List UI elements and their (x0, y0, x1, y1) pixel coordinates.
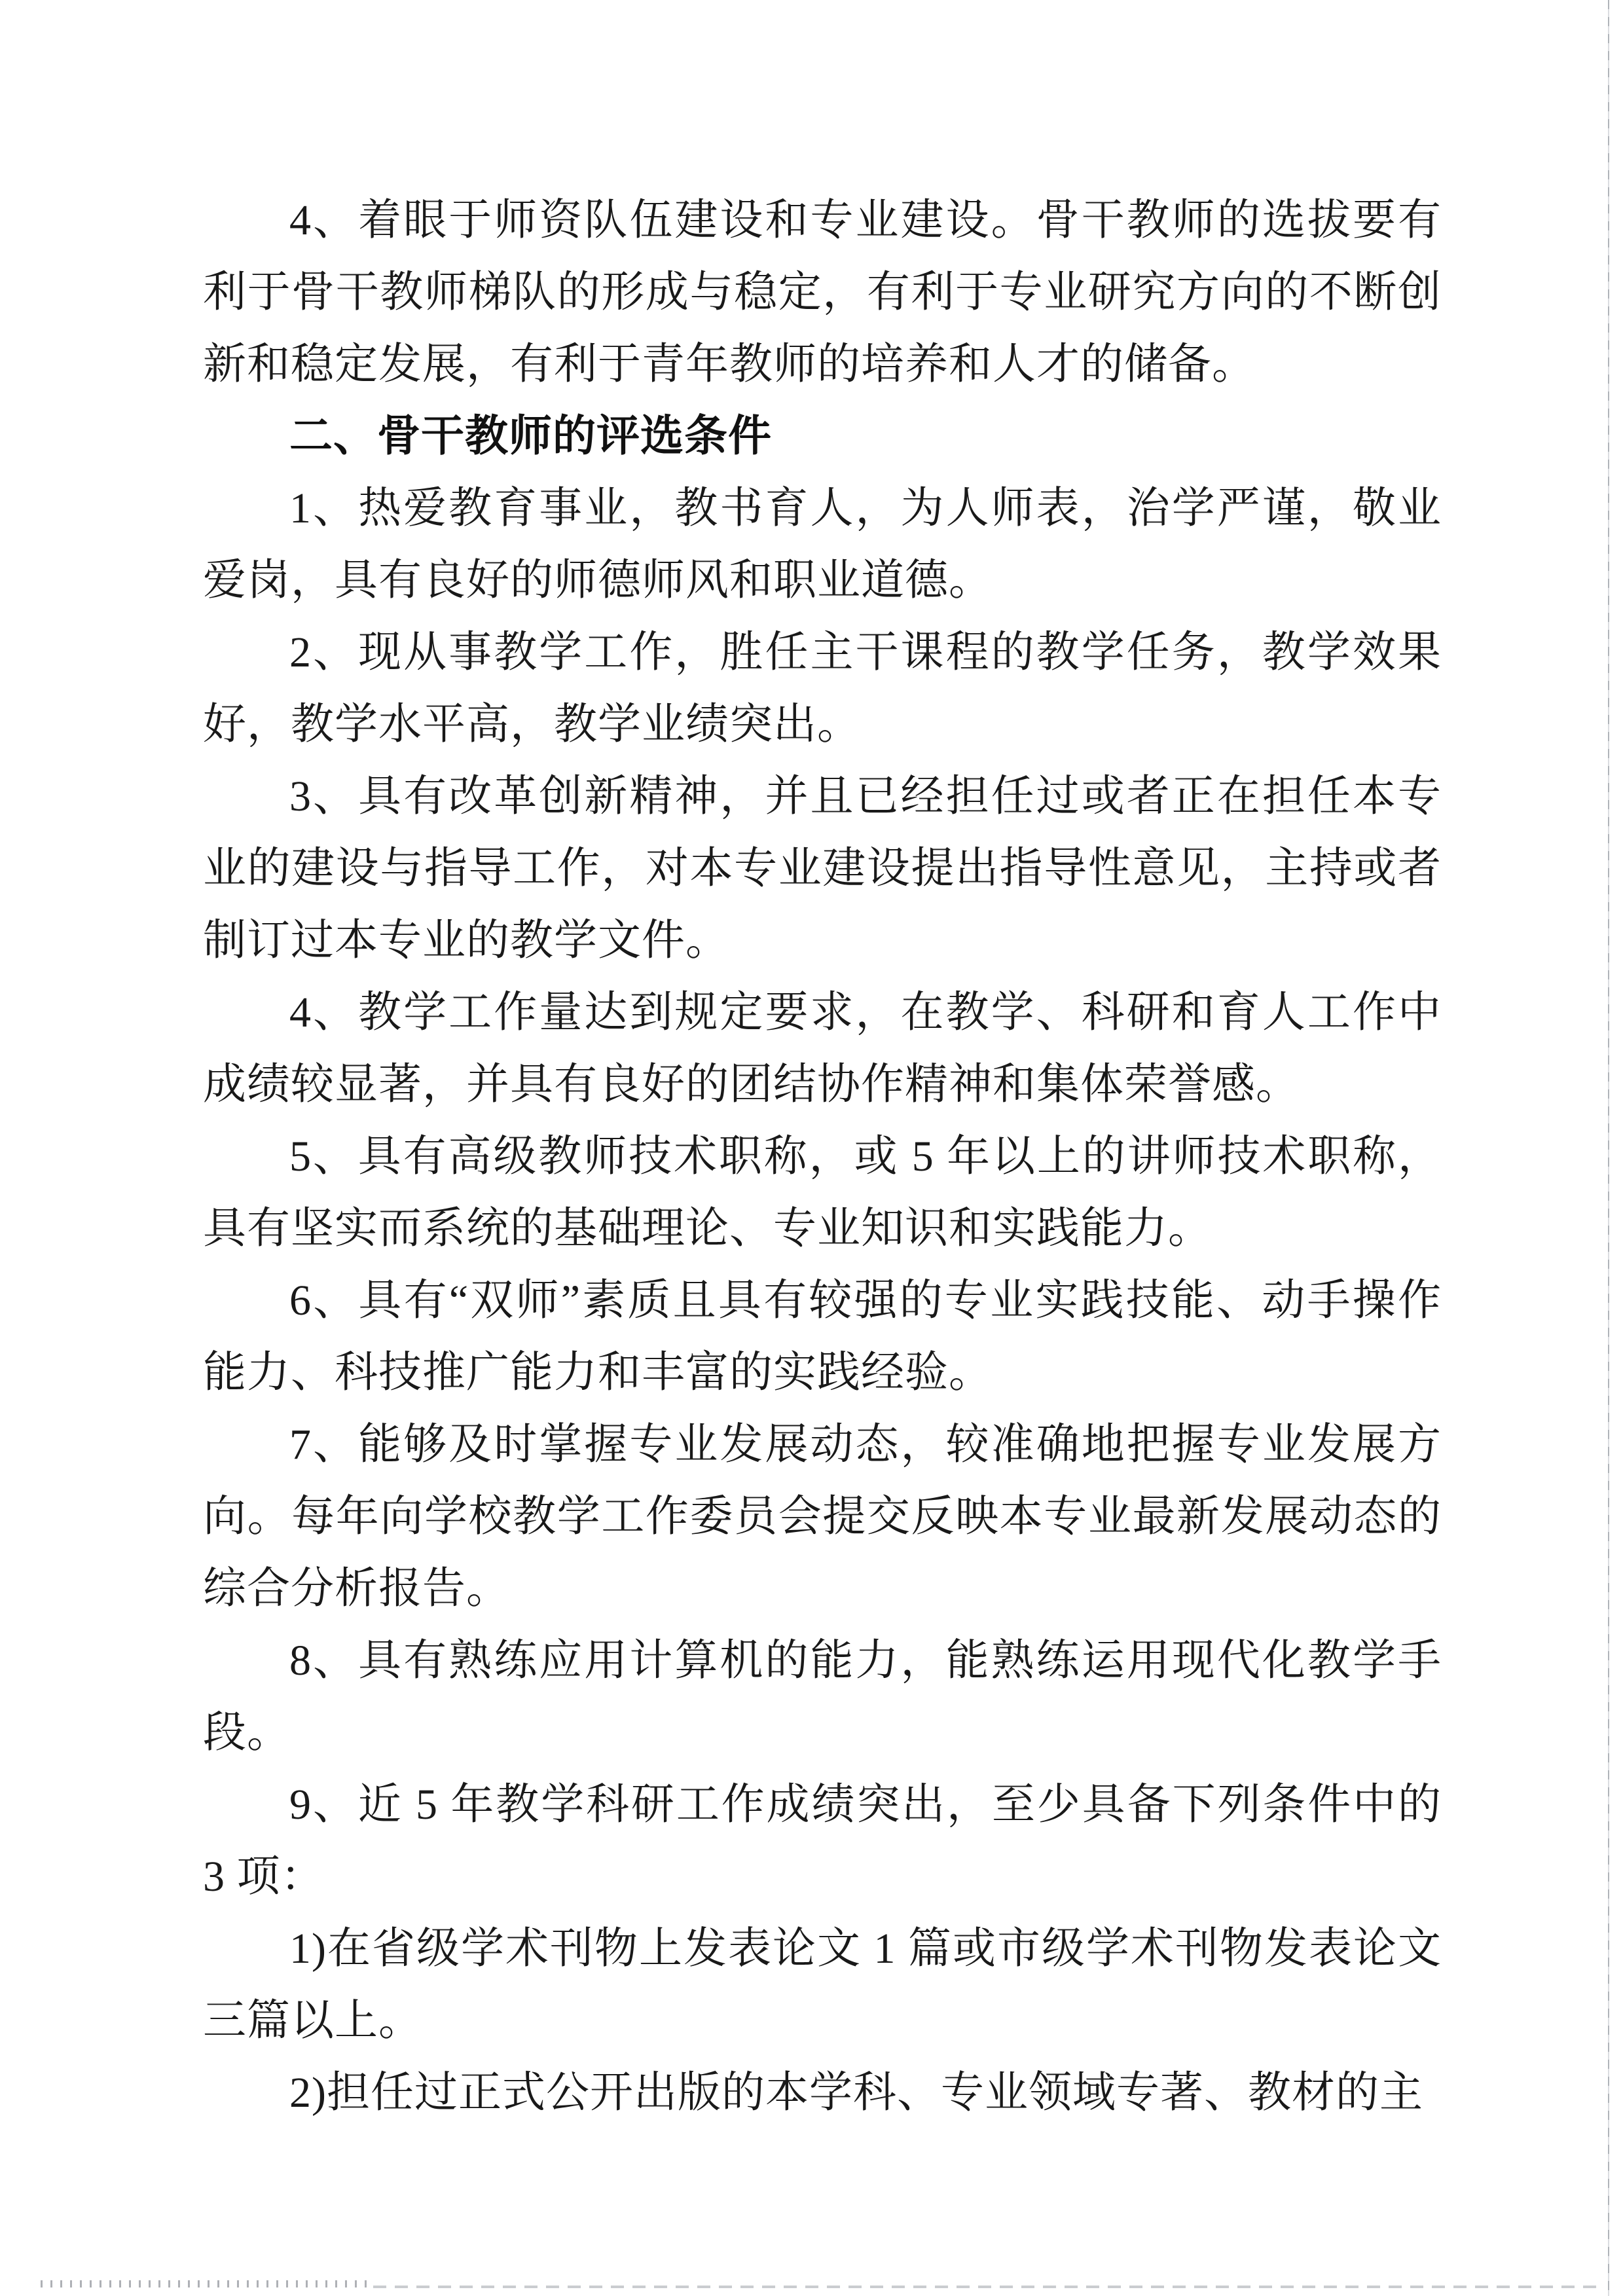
paragraph-criterion-2: 2、现从事教学工作，胜任主干课程的教学任务，教学效果好，教学水平高，教学业绩突出… (203, 617, 1442, 761)
paragraph-criterion-1: 1、热爱教育事业，教书育人，为人师表，治学严谨，敬业爱岗，具有良好的师德师风和职… (203, 473, 1442, 617)
paragraph-criterion-4: 4、教学工作量达到规定要求，在教学、科研和育人工作中成绩较显著，并具有良好的团结… (203, 977, 1442, 1121)
scan-smudge-line-artifact (373, 2286, 1601, 2288)
paragraph-criterion-8: 8、具有熟练应用计算机的能力，能熟练运用现代化教学手段。 (203, 1625, 1442, 1769)
document-body: 4、着眼于师资队伍建设和专业建设。骨干教师的选拔要有利于骨干教师梯队的形成与稳定… (203, 185, 1442, 2129)
scanned-document-page: 4、着眼于师资队伍建设和专业建设。骨干教师的选拔要有利于骨干教师梯队的形成与稳定… (0, 0, 1623, 2296)
scan-smudge-ticks-artifact (41, 2280, 371, 2287)
paragraph-criterion-7: 7、能够及时掌握专业发展动态，较准确地把握专业发展方向。每年向学校教学工作委员会… (203, 1409, 1442, 1625)
paragraph-criterion-6: 6、具有“双师”素质且具有较强的专业实践技能、动手操作能力、科技推广能力和丰富的… (203, 1265, 1442, 1409)
paragraph-criterion-5: 5、具有高级教师技术职称，或 5 年以上的讲师技术职称，具有坚实而系统的基础理论… (203, 1121, 1442, 1265)
scan-edge-artifact (1608, 0, 1609, 2296)
paragraph-item-4-objectives: 4、着眼于师资队伍建设和专业建设。骨干教师的选拔要有利于骨干教师梯队的形成与稳定… (203, 185, 1442, 401)
paragraph-criterion-3: 3、具有改革创新精神，并且已经担任过或者正在担任本专业的建设与指导工作，对本专业… (203, 761, 1442, 977)
paragraph-criterion-9: 9、近 5 年教学科研工作成绩突出，至少具备下列条件中的 3 项： (203, 1769, 1442, 1913)
paragraph-subitem-1: 1)在省级学术刊物上发表论文 1 篇或市级学术刊物发表论文三篇以上。 (203, 1913, 1442, 2057)
paragraph-subitem-2: 2)担任过正式公开出版的本学科、专业领域专著、教材的主 (203, 2057, 1442, 2129)
section-heading-selection-criteria: 二、骨干教师的评选条件 (203, 401, 1442, 473)
